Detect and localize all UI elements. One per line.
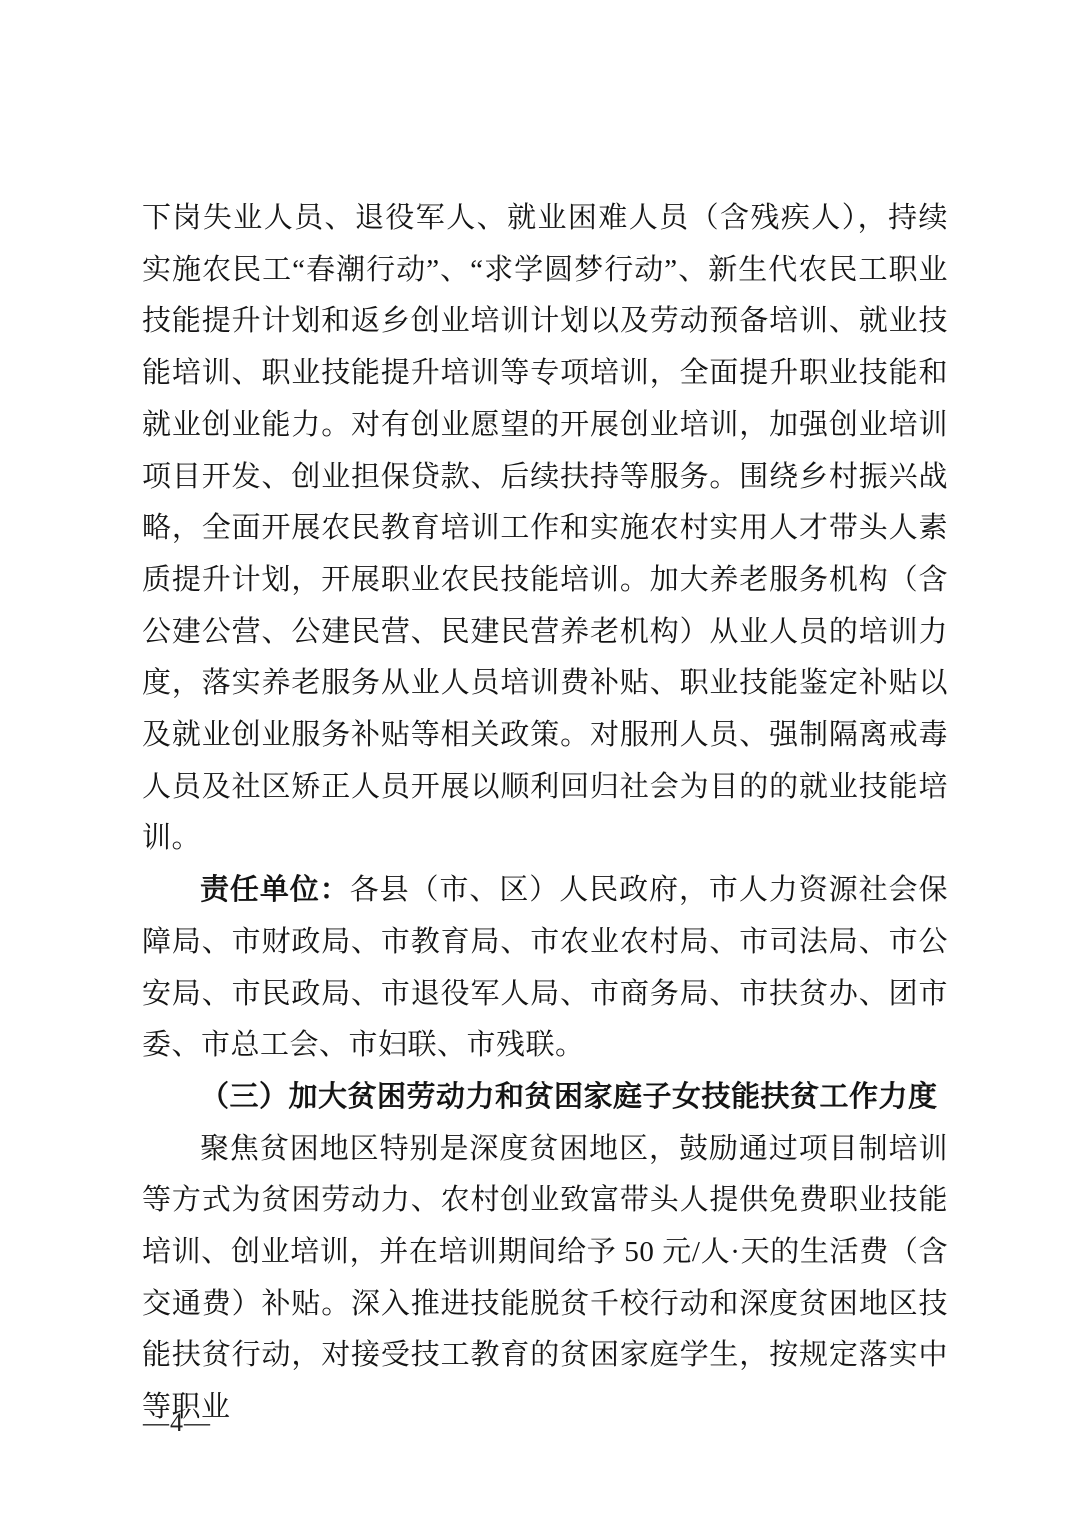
document-body: 下岗失业人员、退役军人、就业困难人员（含残疾人），持续实施农民工“春潮行动”、“…	[142, 193, 948, 1434]
paragraph-responsible-units: 责任单位：各县（市、区）人民政府，市人力资源社会保障局、市财政局、市教育局、市农…	[142, 865, 948, 1072]
paragraph-continuation: 下岗失业人员、退役军人、就业困难人员（含残疾人），持续实施农民工“春潮行动”、“…	[142, 193, 948, 865]
section-heading: （三）加大贫困劳动力和贫困家庭子女技能扶贫工作力度	[142, 1072, 948, 1124]
responsible-unit-label: 责任单位：	[200, 874, 350, 906]
page-footer: —4—	[143, 1408, 211, 1438]
document-page: 下岗失业人员、退役军人、就业困难人员（含残疾人），持续实施农民工“春潮行动”、“…	[0, 0, 1074, 1520]
page-number: —4—	[143, 1408, 211, 1437]
paragraph-poverty-alleviation: 聚焦贫困地区特别是深度贫困地区，鼓励通过项目制培训等方式为贫困劳动力、农村创业致…	[142, 1124, 948, 1434]
